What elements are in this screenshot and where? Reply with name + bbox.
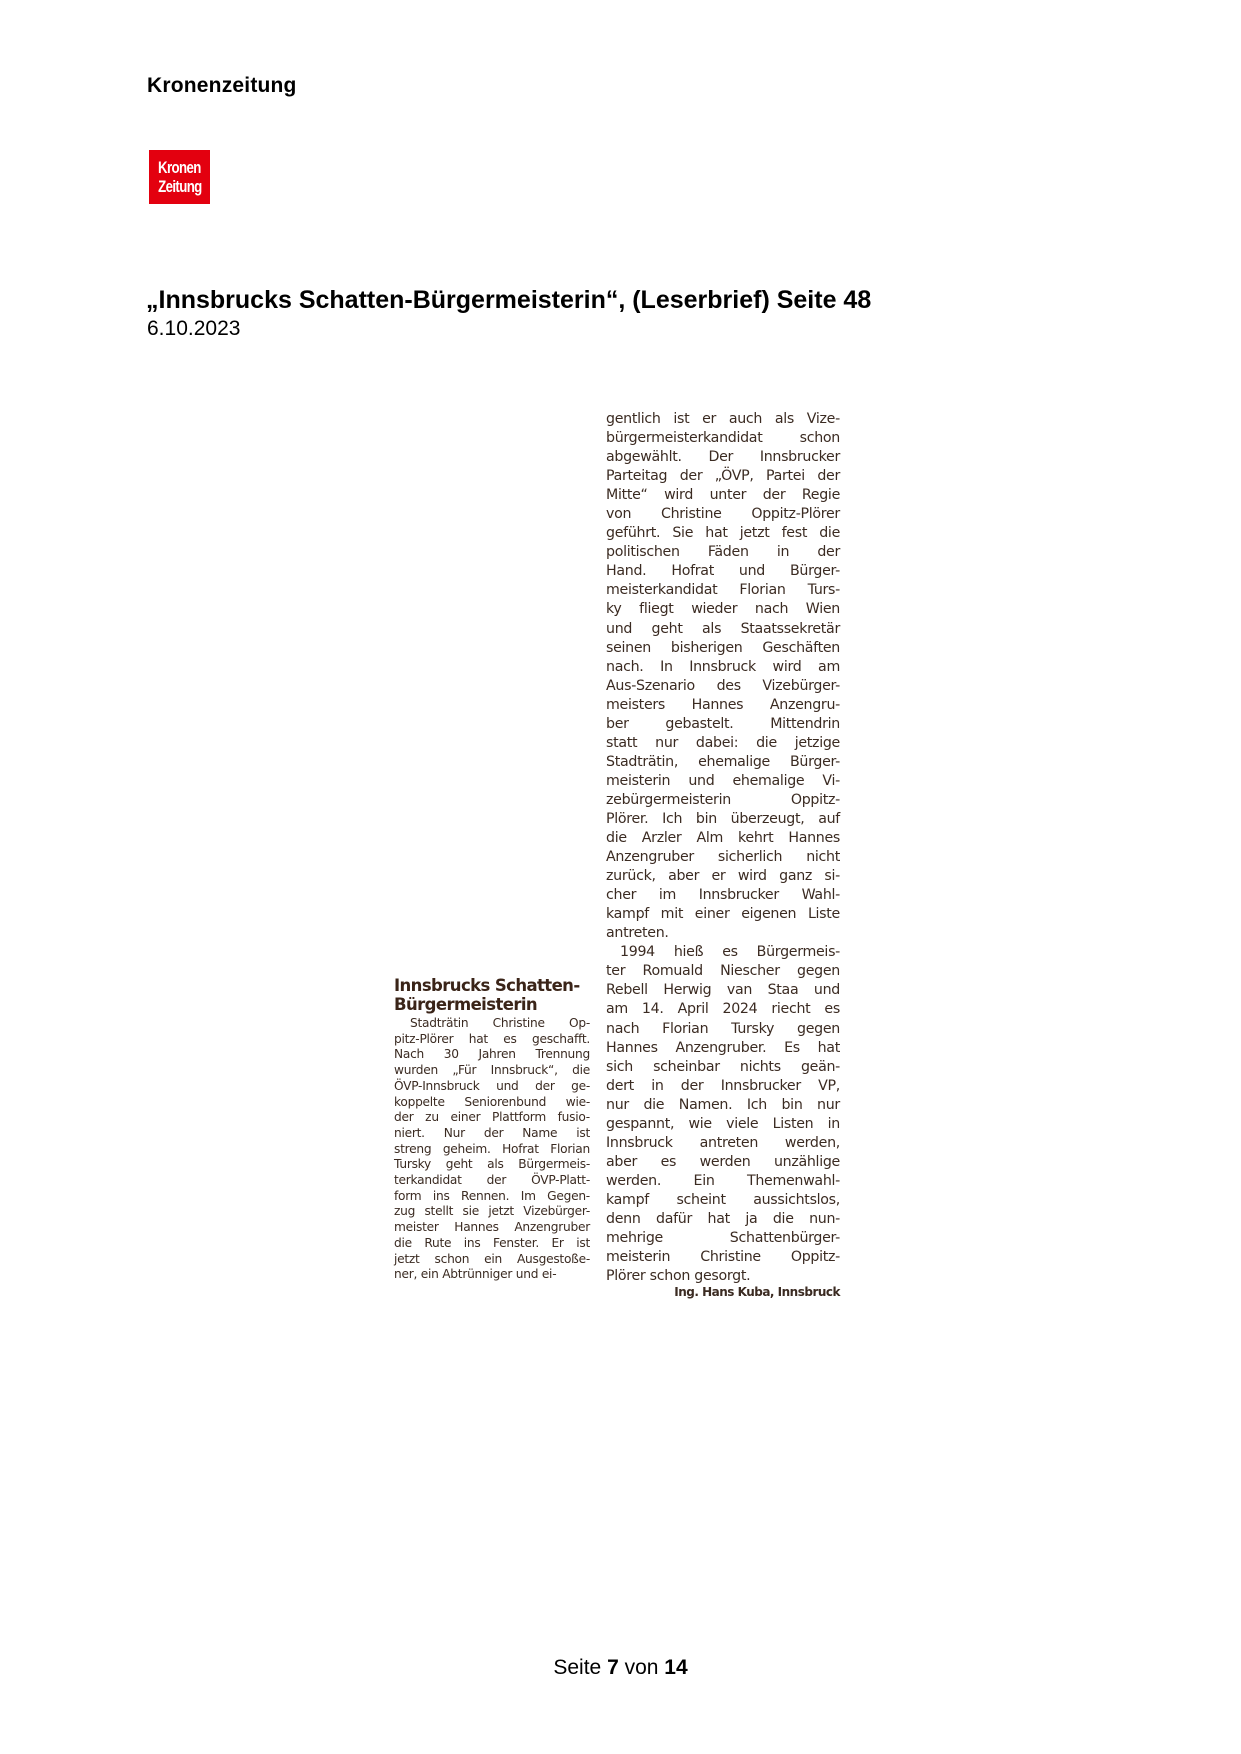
clipping-line: ÖVP-Innsbruckundderge-: [394, 1079, 590, 1095]
clipping-line: Aus-SzenariodesVizebürger-: [606, 677, 840, 696]
clipping-line: niert.NurderNameist: [394, 1126, 590, 1142]
article-title: „Innsbrucks Schatten-Bürgermeisterin“, (…: [146, 286, 871, 315]
clipping-right-column: gentlichisterauchalsVize-bürgermeisterka…: [606, 410, 840, 1300]
clipping-line: TurskygehtalsBürgermeis-: [394, 1157, 590, 1173]
clipping-line: dieRuteinsFenster.Erist: [394, 1236, 590, 1252]
clipping-line: denndafürhatjadienun-: [606, 1210, 840, 1229]
footer-separator: von: [625, 1656, 659, 1679]
clipping-line: antreten.: [606, 924, 840, 943]
clipping-line: terRomualdNieschergegen: [606, 962, 840, 981]
article-date: 6.10.2023: [147, 317, 240, 341]
clipping-line: zebürgermeisterinOppitz-: [606, 791, 840, 810]
clipping-line: mehrigeSchattenbürger-: [606, 1229, 840, 1248]
clipping-line: geführt.Siehatjetztfestdie: [606, 524, 840, 543]
clipping-line: meisterinChristineOppitz-: [606, 1248, 840, 1267]
clipping-line: bürgermeisterkandidatschon: [606, 429, 840, 448]
clipping-line: Hand.HofratundBürger-: [606, 562, 840, 581]
clipping-line: meisterinundehemaligeVi-: [606, 772, 840, 791]
clipping-line: abgewählt.DerInnsbrucker: [606, 448, 840, 467]
clipping-headline: Innsbrucks Schatten- Bürgermeisterin: [394, 976, 590, 1014]
clipping-line: kampfscheintaussichtslos,: [606, 1191, 840, 1210]
clipping-line: undgehtalsStaatssekretär: [606, 620, 840, 639]
clipping-line: pitz-Plörerhatesgeschafft.: [394, 1032, 590, 1048]
clipping-line: gespannt,wievieleListenin: [606, 1115, 840, 1134]
clipping-line: nurdieNamen.Ichbinnur: [606, 1096, 840, 1115]
clipping-line: jetztschoneinAusgestoße-: [394, 1252, 590, 1268]
clipping-left-body: StadträtinChristineOp-pitz-Plörerhatesge…: [394, 1016, 590, 1283]
clipping-line: kampfmiteinereigenenListe: [606, 905, 840, 924]
clipping-right-body: gentlichisterauchalsVize-bürgermeisterka…: [606, 410, 840, 1286]
clipping-line: strenggeheim.HofratFlorian: [394, 1142, 590, 1158]
footer-prefix: Seite: [553, 1656, 601, 1679]
footer-current-page: 7: [607, 1656, 619, 1679]
clipping-line: am14.April2024riechtes: [606, 1000, 840, 1019]
clipping-line: abereswerdenunzählige: [606, 1153, 840, 1172]
kronen-zeitung-logo: Kronen Zeitung: [149, 150, 210, 204]
clipping-line: bergebastelt.Mittendrin: [606, 715, 840, 734]
clipping-line: ner, ein Abtrünniger und ei-: [394, 1267, 590, 1283]
clipping-line: StadträtinChristineOp-: [394, 1016, 590, 1032]
clipping-line: Stadträtin,ehemaligeBürger-: [606, 753, 840, 772]
logo-line-2: Zeitung: [158, 177, 202, 196]
footer-total-pages: 14: [664, 1656, 687, 1679]
clipping-left-column: Innsbrucks Schatten- Bürgermeisterin Sta…: [394, 976, 590, 1283]
clipping-line: dertinderInnsbruckerVP,: [606, 1077, 840, 1096]
source-label: Kronenzeitung: [147, 74, 297, 98]
page-footer: Seite 7 von 14: [0, 1656, 1241, 1680]
clipping-line: zurück,abererwirdganzsi-: [606, 867, 840, 886]
clipping-line: Anzengrubersicherlichnicht: [606, 848, 840, 867]
clipping-line: kyfliegtwiedernachWien: [606, 600, 840, 619]
clipping-line: politischenFädeninder: [606, 543, 840, 562]
clipping-line: forminsRennen.ImGegen-: [394, 1189, 590, 1205]
clipping-line: cherimInnsbruckerWahl-: [606, 886, 840, 905]
logo-line-1: Kronen: [158, 158, 201, 177]
letter-author: Ing. Hans Kuba, Innsbruck: [606, 1284, 840, 1300]
clipping-line: wurden„FürInnsbruck“,die: [394, 1063, 590, 1079]
clipping-line: Mitte“wirdunterderRegie: [606, 486, 840, 505]
clipping-line: Parteitagder„ÖVP,Parteider: [606, 467, 840, 486]
clipping-line: terkandidatderÖVP-Platt-: [394, 1173, 590, 1189]
clipping-line: Nach30JahrenTrennung: [394, 1047, 590, 1063]
clipping-headline-line-2: Bürgermeisterin: [394, 995, 590, 1014]
clipping-line: meistersHannesAnzengru-: [606, 696, 840, 715]
clipping-line: koppelteSeniorenbundwie-: [394, 1095, 590, 1111]
clipping-line: Plörer.Ichbinüberzeugt,auf: [606, 810, 840, 829]
clipping-line: 1994hießesBürgermeis-: [606, 943, 840, 962]
clipping-line: vonChristineOppitz-Plörer: [606, 505, 840, 524]
clipping-line: RebellHerwigvanStaaund: [606, 981, 840, 1000]
clipping-line: nach.InInnsbruckwirdam: [606, 658, 840, 677]
clipping-line: werden.EinThemenwahl-: [606, 1172, 840, 1191]
clipping-headline-line-1: Innsbrucks Schatten-: [394, 976, 590, 995]
clipping-line: sichscheinbarnichtsgeän-: [606, 1058, 840, 1077]
clipping-line: seinenbisherigenGeschäften: [606, 639, 840, 658]
clipping-line: Innsbruckantretenwerden,: [606, 1134, 840, 1153]
clipping-line: nachFlorianTurskygegen: [606, 1020, 840, 1039]
clipping-line: gentlichisterauchalsVize-: [606, 410, 840, 429]
clipping-line: dieArzlerAlmkehrtHannes: [606, 829, 840, 848]
clipping-line: zugstelltsiejetztVizebürger-: [394, 1204, 590, 1220]
clipping-line: HannesAnzengruber.Eshat: [606, 1039, 840, 1058]
clipping-line: derzueinerPlattformfusio-: [394, 1110, 590, 1126]
clipping-line: meisterHannesAnzengruber: [394, 1220, 590, 1236]
clipping-line: stattnurdabei:diejetzige: [606, 734, 840, 753]
clipping-line: meisterkandidatFlorianTurs-: [606, 581, 840, 600]
